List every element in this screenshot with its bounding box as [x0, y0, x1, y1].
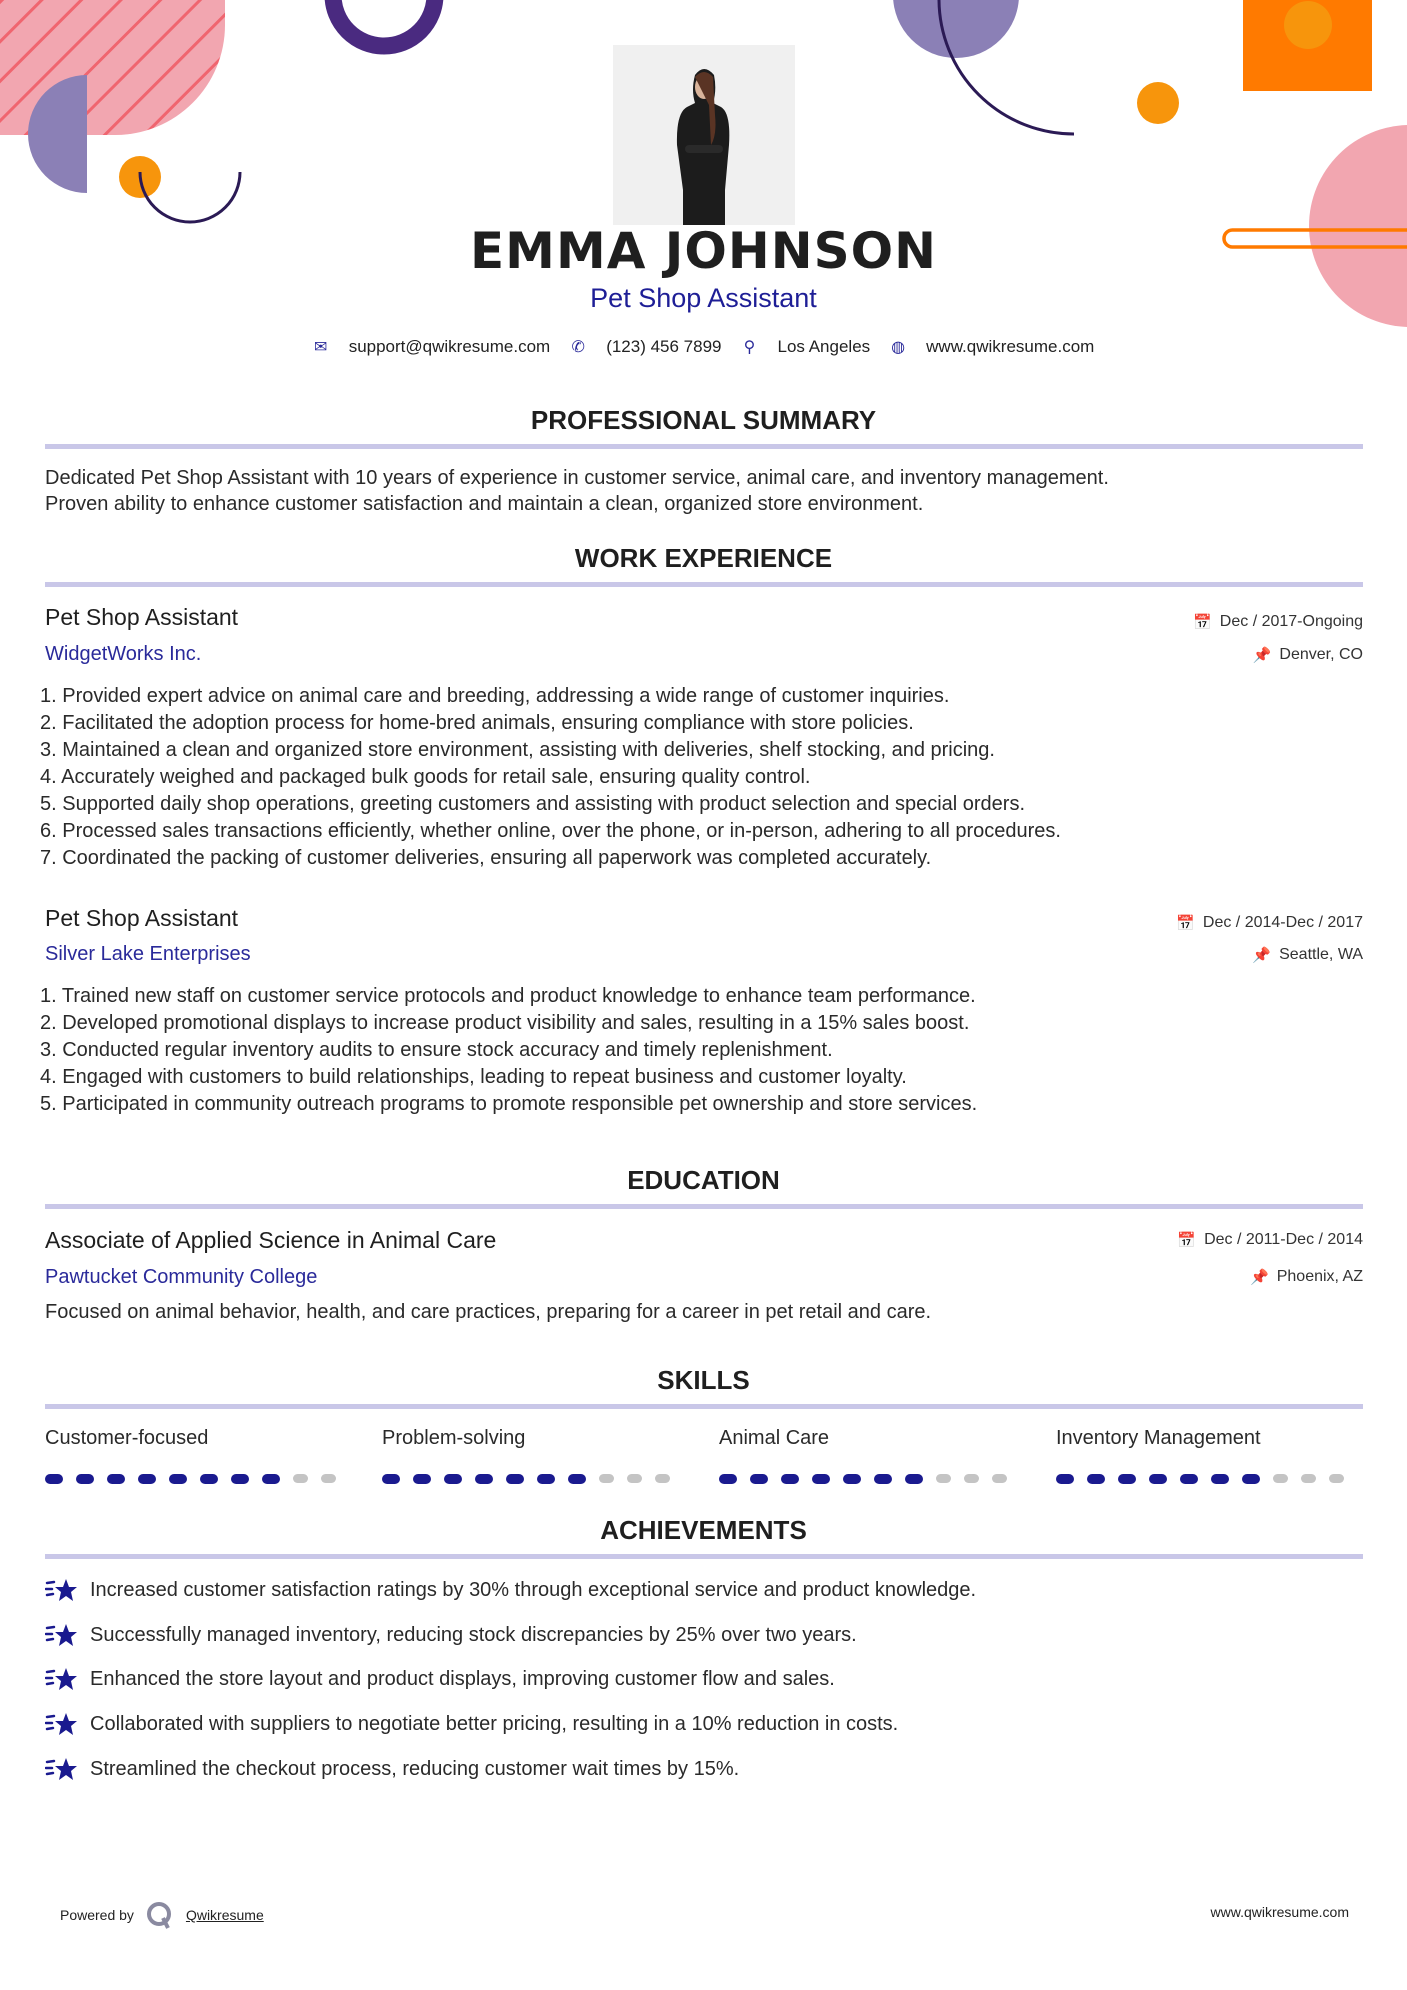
skill-dot-empty [1273, 1474, 1288, 1483]
skill-dot-filled [843, 1474, 861, 1484]
degree-title: Associate of Applied Science in Animal C… [45, 1227, 496, 1254]
bullet-item: 3. Maintained a clean and organized stor… [40, 737, 1061, 764]
phone-icon: ✆ [570, 337, 586, 357]
job-location-text: Seattle, WA [1279, 946, 1363, 964]
achievement-item: Collaborated with suppliers to negotiate… [45, 1710, 898, 1738]
contact-phone[interactable]: ✆ (123) 456 7899 [570, 337, 721, 357]
skill-dot-filled [719, 1474, 737, 1484]
dark-arc-right [939, 0, 1074, 134]
skill-dot-filled [537, 1474, 555, 1484]
skill-dot-filled [382, 1474, 400, 1484]
skill-dot-empty [936, 1474, 951, 1483]
shooting-star-icon [45, 1576, 90, 1604]
purple-circle [893, 0, 1019, 58]
contact-location: ⚲ Los Angeles [742, 337, 871, 357]
education-description: Focused on animal behavior, health, and … [45, 1301, 931, 1324]
contact-website-text: www.qwikresume.com [926, 337, 1094, 357]
footer-website[interactable]: www.qwikresume.com [1211, 1904, 1349, 1920]
powered-by-text: Powered by [60, 1907, 134, 1923]
bullet-item: 6. Processed sales transactions efficien… [40, 818, 1061, 845]
education-location-text: Phoenix, AZ [1277, 1268, 1363, 1286]
dark-arc-left [140, 172, 240, 222]
orange-square [1243, 0, 1372, 91]
job-bullets: 1. Provided expert advice on animal care… [40, 683, 1061, 872]
striped-pink-shape [0, 0, 225, 135]
job-dates: 📅 Dec / 2017-Ongoing [1193, 613, 1363, 631]
skill-dot-filled [1149, 1474, 1167, 1484]
contact-email-text: support@qwikresume.com [349, 337, 551, 357]
footer-powered-by: Powered by Qwikresume [60, 1900, 264, 1930]
section-title-summary: PROFESSIONAL SUMMARY [0, 405, 1407, 436]
contact-location-text: Los Angeles [778, 337, 871, 357]
skill-dot-empty [964, 1474, 979, 1483]
contact-row: ✉ support@qwikresume.com ✆ (123) 456 789… [0, 337, 1407, 357]
purple-ring [333, 0, 435, 46]
section-divider [45, 1404, 1363, 1409]
section-divider [45, 444, 1363, 449]
skill-rating [45, 1474, 355, 1484]
skill-dot-filled [1211, 1474, 1229, 1484]
skill-item: Animal Care [719, 1427, 1029, 1484]
skill-dot-filled [1180, 1474, 1198, 1484]
skill-dot-filled [138, 1474, 156, 1484]
job-location: 📌 Denver, CO [1253, 646, 1363, 664]
qwikresume-logo-icon [146, 1900, 174, 1930]
skill-dot-filled [750, 1474, 768, 1484]
bullet-item: 5. Participated in community outreach pr… [40, 1091, 977, 1118]
orange-square-dot [1284, 1, 1332, 49]
shooting-star-icon [45, 1710, 90, 1738]
candidate-name: EMMA JOHNSON [0, 222, 1407, 280]
skill-dot-filled [200, 1474, 218, 1484]
skill-item: Customer-focused [45, 1427, 355, 1484]
contact-website[interactable]: ◍ www.qwikresume.com [890, 337, 1094, 357]
skill-item: Problem-solving [382, 1427, 692, 1484]
job-title: Pet Shop Assistant [45, 905, 238, 932]
achievement-item: Streamlined the checkout process, reduci… [45, 1755, 739, 1783]
skill-dot-empty [992, 1474, 1007, 1483]
skill-dot-filled [475, 1474, 493, 1484]
skill-dot-empty [293, 1474, 308, 1483]
achievement-text: Successfully managed inventory, reducing… [90, 1624, 857, 1647]
summary-line: Proven ability to enhance customer satis… [45, 493, 923, 516]
shooting-star-icon [45, 1755, 90, 1783]
skill-dot-empty [627, 1474, 642, 1483]
qwikresume-link[interactable]: Qwikresume [186, 1907, 264, 1923]
bullet-item: 7. Coordinated the packing of customer d… [40, 845, 1061, 872]
pushpin-icon: 📌 [1252, 946, 1271, 964]
skill-dot-filled [1087, 1474, 1105, 1484]
purple-half-disc [28, 75, 87, 193]
skill-label: Customer-focused [45, 1427, 355, 1450]
job-company: WidgetWorks Inc. [45, 643, 201, 666]
contact-email[interactable]: ✉ support@qwikresume.com [313, 337, 551, 357]
envelope-icon: ✉ [313, 337, 329, 357]
bullet-item: 4. Accurately weighed and packaged bulk … [40, 764, 1061, 791]
shooting-star-icon [45, 1665, 90, 1693]
bullet-item: 1. Provided expert advice on animal care… [40, 683, 1061, 710]
summary-line: Dedicated Pet Shop Assistant with 10 yea… [45, 467, 1109, 490]
skill-rating [382, 1474, 692, 1484]
skill-dot-filled [169, 1474, 187, 1484]
achievement-item: Enhanced the store layout and product di… [45, 1665, 835, 1693]
contact-phone-text: (123) 456 7899 [606, 337, 721, 357]
skill-dot-empty [1329, 1474, 1344, 1483]
achievement-text: Collaborated with suppliers to negotiate… [90, 1713, 898, 1736]
section-title-experience: WORK EXPERIENCE [0, 543, 1407, 574]
skill-rating [1056, 1474, 1366, 1484]
section-title-skills: SKILLS [0, 1365, 1407, 1396]
job-title: Pet Shop Assistant [45, 604, 238, 631]
job-location-text: Denver, CO [1279, 646, 1363, 664]
orange-dot-right [1137, 82, 1179, 124]
skill-dot-empty [599, 1474, 614, 1483]
calendar-icon: 📅 [1193, 613, 1212, 631]
section-title-achievements: ACHIEVEMENTS [0, 1515, 1407, 1546]
achievement-item: Successfully managed inventory, reducing… [45, 1621, 857, 1649]
job-location: 📌 Seattle, WA [1252, 946, 1363, 964]
skill-dot-filled [231, 1474, 249, 1484]
section-divider [45, 1554, 1363, 1559]
skill-dot-filled [76, 1474, 94, 1484]
profile-photo [613, 45, 795, 225]
skill-dot-filled [45, 1474, 63, 1484]
skill-dot-filled [107, 1474, 125, 1484]
bullet-item: 3. Conducted regular inventory audits to… [40, 1037, 977, 1064]
person-silhouette-icon [613, 45, 795, 225]
bullet-item: 2. Facilitated the adoption process for … [40, 710, 1061, 737]
job-dates-text: Dec / 2014-Dec / 2017 [1203, 914, 1363, 932]
pushpin-icon: 📌 [1253, 646, 1272, 664]
bullet-item: 2. Developed promotional displays to inc… [40, 1010, 977, 1037]
section-title-education: EDUCATION [0, 1165, 1407, 1196]
skill-label: Animal Care [719, 1427, 1029, 1450]
pushpin-icon: 📌 [1250, 1268, 1269, 1286]
education-location: 📌 Phoenix, AZ [1250, 1268, 1363, 1286]
job-dates-text: Dec / 2017-Ongoing [1220, 613, 1363, 631]
job-dates: 📅 Dec / 2014-Dec / 2017 [1176, 914, 1363, 932]
bullet-item: 1. Trained new staff on customer service… [40, 983, 977, 1010]
skill-dot-filled [413, 1474, 431, 1484]
calendar-icon: 📅 [1177, 1231, 1196, 1249]
bullet-item: 5. Supported daily shop operations, gree… [40, 791, 1061, 818]
job-bullets: 1. Trained new staff on customer service… [40, 983, 977, 1118]
skill-label: Problem-solving [382, 1427, 692, 1450]
skill-label: Inventory Management [1056, 1427, 1366, 1450]
skill-dot-filled [1242, 1474, 1260, 1484]
shooting-star-icon [45, 1621, 90, 1649]
education-dates: 📅 Dec / 2011-Dec / 2014 [1177, 1231, 1363, 1249]
orange-dot-left [119, 156, 161, 198]
skill-dot-filled [905, 1474, 923, 1484]
achievement-text: Enhanced the store layout and product di… [90, 1668, 835, 1691]
section-divider [45, 582, 1363, 587]
globe-icon: ◍ [890, 337, 906, 357]
bullet-item: 4. Engaged with customers to build relat… [40, 1064, 977, 1091]
skill-dot-empty [655, 1474, 670, 1483]
map-marker-icon: ⚲ [742, 337, 758, 357]
skill-dot-filled [812, 1474, 830, 1484]
candidate-title: Pet Shop Assistant [0, 283, 1407, 314]
skill-dot-filled [506, 1474, 524, 1484]
skill-dot-filled [262, 1474, 280, 1484]
skill-dot-filled [568, 1474, 586, 1484]
skill-dot-filled [874, 1474, 892, 1484]
job-company: Silver Lake Enterprises [45, 943, 251, 966]
skill-dot-filled [444, 1474, 462, 1484]
calendar-icon: 📅 [1176, 914, 1195, 932]
skill-item: Inventory Management [1056, 1427, 1366, 1484]
achievement-text: Streamlined the checkout process, reduci… [90, 1758, 739, 1781]
skill-dot-filled [781, 1474, 799, 1484]
achievement-text: Increased customer satisfaction ratings … [90, 1579, 976, 1602]
skill-rating [719, 1474, 1029, 1484]
school-name: Pawtucket Community College [45, 1266, 317, 1289]
section-divider [45, 1204, 1363, 1209]
skill-dot-empty [321, 1474, 336, 1483]
skill-dot-empty [1301, 1474, 1316, 1483]
achievement-item: Increased customer satisfaction ratings … [45, 1576, 976, 1604]
skill-dot-filled [1056, 1474, 1074, 1484]
education-dates-text: Dec / 2011-Dec / 2014 [1204, 1231, 1363, 1249]
skill-dot-filled [1118, 1474, 1136, 1484]
